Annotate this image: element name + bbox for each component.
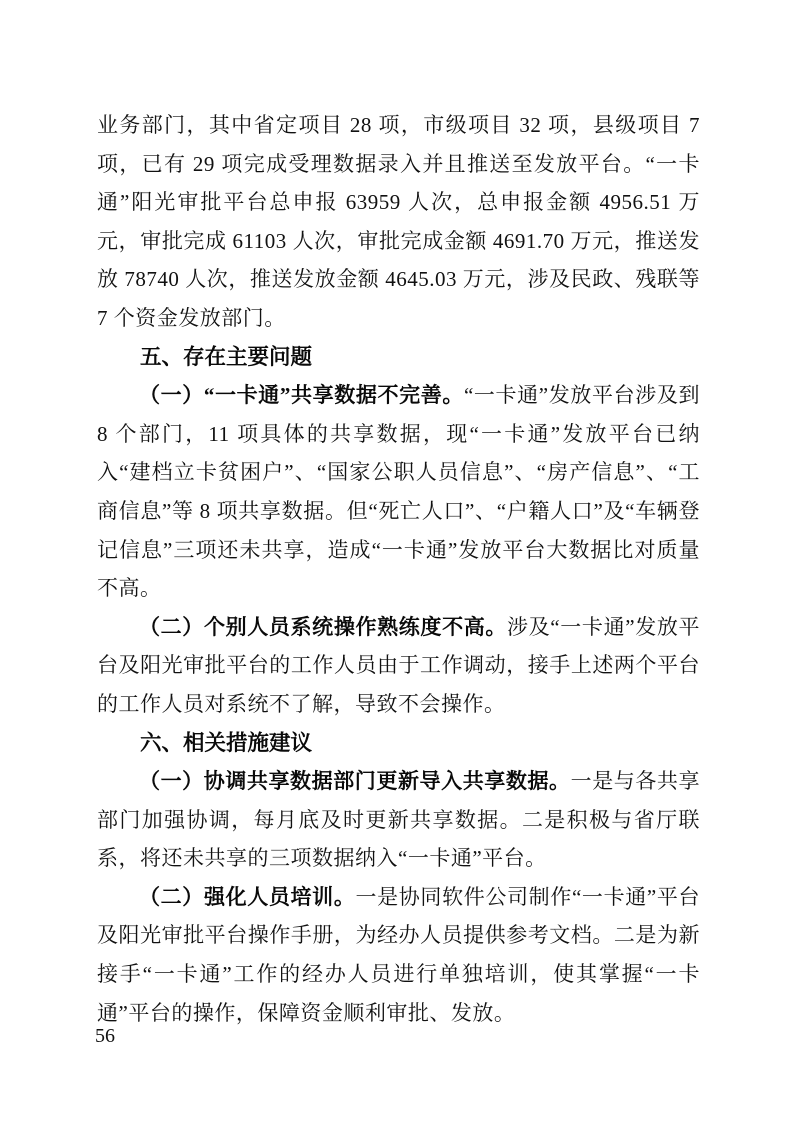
section-heading-problems: 五、存在主要问题 xyxy=(97,338,700,377)
paragraph-sec6-item1: （一）协调共享数据部门更新导入共享数据。一是与各共享部门加强协调，每月底及时更新… xyxy=(97,762,700,878)
paragraph-sec6-item2: （二）强化人员培训。一是协同软件公司制作“一卡通”平台及阳光审批平台操作手册，为… xyxy=(97,878,700,1032)
bold-lead-sec6-item1: （一）协调共享数据部门更新导入共享数据。 xyxy=(139,769,571,793)
paragraph-sec5-item2: （二）个别人员系统操作熟练度不高。涉及“一卡通”发放平台及阳光审批平台的工作人员… xyxy=(97,608,700,724)
page-number: 56 xyxy=(95,1024,115,1048)
paragraph-intro: 业务部门，其中省定项目 28 项，市级项目 32 项，县级项目 7 项，已有 2… xyxy=(97,106,700,338)
document-page: 业务部门，其中省定项目 28 项，市级项目 32 项，县级项目 7 项，已有 2… xyxy=(0,0,793,1122)
bold-lead-sec5-item1: （一）“一卡通”共享数据不完善。 xyxy=(139,383,464,407)
section-heading-suggestions: 六、相关措施建议 xyxy=(97,724,700,763)
paragraph-text: 业务部门，其中省定项目 28 项，市级项目 32 项，县级项目 7 项，已有 2… xyxy=(97,113,700,330)
bold-lead-sec5-item2: （二）个别人员系统操作熟练度不高。 xyxy=(139,615,507,639)
paragraph-sec5-item1: （一）“一卡通”共享数据不完善。“一卡通”发放平台涉及到 8 个部门，11 项具… xyxy=(97,376,700,608)
paragraph-text: “一卡通”发放平台涉及到 8 个部门，11 项具体的共享数据，现“一卡通”发放平… xyxy=(97,383,700,600)
bold-lead-sec6-item2: （二）强化人员培训。 xyxy=(139,885,355,909)
